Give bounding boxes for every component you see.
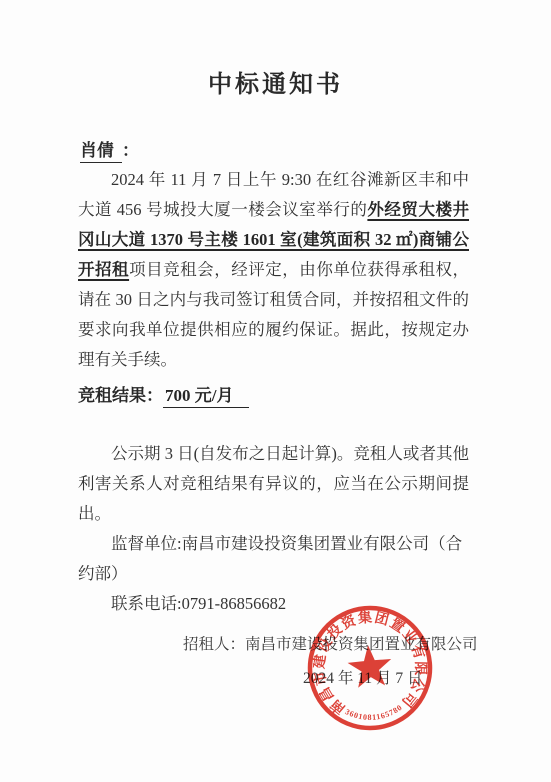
recipient-line: 肖倩： xyxy=(80,136,139,163)
body-text-part3: 项目竞租会，经评定，由你单位获得承租权，请在 30 日之内与我司签订租赁合同，并… xyxy=(78,260,469,369)
phone-line: 联系电话:0791-86856682 xyxy=(78,589,469,619)
lessor-label: 招租人： xyxy=(183,636,245,653)
document-title: 中标通知书 xyxy=(0,64,551,99)
seal-company-text: 南昌市建设投资集团置业有限公司 xyxy=(306,604,434,720)
recipient-colon: ： xyxy=(122,141,139,160)
svg-text:南昌市建设投资集团置业有限公司: 南昌市建设投资集团置业有限公司 xyxy=(306,604,434,720)
public-notice-block: 公示期 3 日(自发布之日起计算)。竞租人或者其他利害关系人对竞租结果有异议的，… xyxy=(78,439,469,619)
bid-result-label: 竞租结果： xyxy=(78,386,163,405)
bid-result-line: 竞租结果：700 元/月 xyxy=(78,381,249,408)
body-paragraph: 2024 年 11 月 7 日上午 9:30 在红谷滩新区丰和中大道 456 号… xyxy=(78,165,469,375)
recipient-name: 肖倩 xyxy=(80,136,122,163)
lessor-company: 南昌市建设投资集团置业有限公司 xyxy=(245,636,478,653)
supervisor-line: 监督单位:南昌市建设投资集团置业有限公司（合约部） xyxy=(78,529,469,589)
lessor-line: 招租人：南昌市建设投资集团置业有限公司 xyxy=(183,632,478,654)
signature-date: 2024 年 11 月 7 日 xyxy=(303,666,423,688)
document-page: 中标通知书 肖倩： 2024 年 11 月 7 日上午 9:30 在红谷滩新区丰… xyxy=(0,0,551,782)
bid-result-value: 700 元/月 xyxy=(163,381,249,408)
public-notice-text: 公示期 3 日(自发布之日起计算)。竞租人或者其他利害关系人对竞租结果有异议的，… xyxy=(78,439,469,529)
svg-text:3601081165780: 3601081165780 xyxy=(343,702,405,724)
seal-number-text: 3601081165780 xyxy=(343,702,405,724)
